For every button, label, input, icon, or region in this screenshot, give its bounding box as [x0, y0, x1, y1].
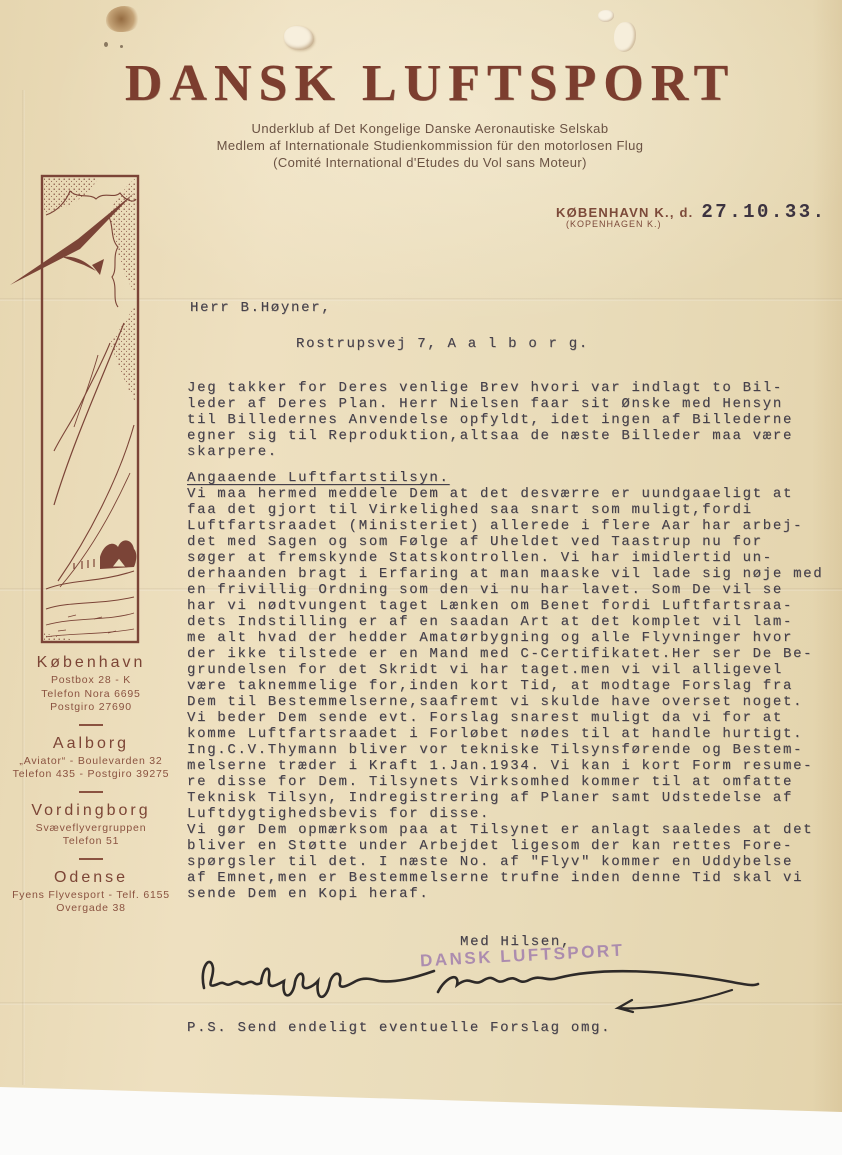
paper-speck	[120, 45, 123, 48]
office-city: Odense	[0, 869, 182, 887]
office-details: Postbox 28 - K Telefon Nora 6695 Postgir…	[0, 674, 182, 715]
office-koebenhavn: København Postbox 28 - K Telefon Nora 66…	[0, 654, 182, 715]
office-city: København	[0, 654, 182, 672]
paper-tear	[614, 22, 636, 52]
office-aalborg: Aalborg „Aviator“ - Boulevarden 32 Telef…	[0, 735, 182, 782]
divider	[79, 791, 103, 793]
office-details: Fyens Flyvesport - Telf. 6155 Overgade 3…	[0, 889, 182, 916]
section-heading: Angaaende Luftfartstilsyn.	[187, 470, 842, 486]
letterhead-subtitles: Underklub af Det Kongelige Danske Aerona…	[0, 120, 842, 171]
paragraph-2: Vi maa hermed meddele Dem at det desværr…	[187, 486, 842, 822]
paper-tear	[598, 10, 614, 22]
office-address-list: København Postbox 28 - K Telefon Nora 66…	[0, 654, 182, 916]
recipient-name: Herr B.Høyner,	[190, 300, 331, 316]
signature-knud-pedersen	[196, 948, 441, 1003]
postscript-line: P.S. Send endeligt eventuelle Forslag om…	[187, 1020, 611, 1036]
divider	[79, 858, 103, 860]
office-city: Vordingborg	[0, 802, 182, 820]
paragraph-gap	[187, 460, 842, 470]
office-odense: Odense Fyens Flyvesport - Telf. 6155 Ove…	[0, 869, 182, 916]
paper-tear	[284, 26, 314, 50]
typed-date: 27.10.33.	[701, 201, 826, 223]
place-label: KØBENHAVN K., d.	[556, 205, 693, 220]
office-details: Svæveflyvergruppen Telefon 51	[0, 822, 182, 849]
signature-director	[432, 958, 762, 1020]
letterhead-title: DANSK LUFTSPORT	[0, 54, 842, 113]
paragraph-1: Jeg takker for Deres venlige Brev hvori …	[187, 380, 842, 460]
letter-paper: DANSK LUFTSPORT Underklub af Det Kongeli…	[0, 0, 842, 1155]
ink-stain	[106, 6, 140, 32]
paragraph-3: Vi gør Dem opmærksom paa at Tilsynet er …	[187, 822, 842, 902]
scanned-letter-canvas: DANSK LUFTSPORT Underklub af Det Kongeli…	[0, 0, 842, 1155]
place-alt-label: (KOPENHAGEN K.)	[566, 219, 662, 229]
paper-speck	[104, 42, 108, 47]
recipient-address: Rostrupsvej 7, A a l b o r g.	[296, 336, 589, 352]
office-city: Aalborg	[0, 735, 182, 753]
office-vordingborg: Vordingborg Svæveflyvergruppen Telefon 5…	[0, 802, 182, 849]
letter-body: Jeg takker for Deres venlige Brev hvori …	[187, 380, 842, 902]
office-details: „Aviator“ - Boulevarden 32 Telefon 435 -…	[0, 755, 182, 782]
glider-illustration	[8, 173, 142, 645]
divider	[79, 724, 103, 726]
